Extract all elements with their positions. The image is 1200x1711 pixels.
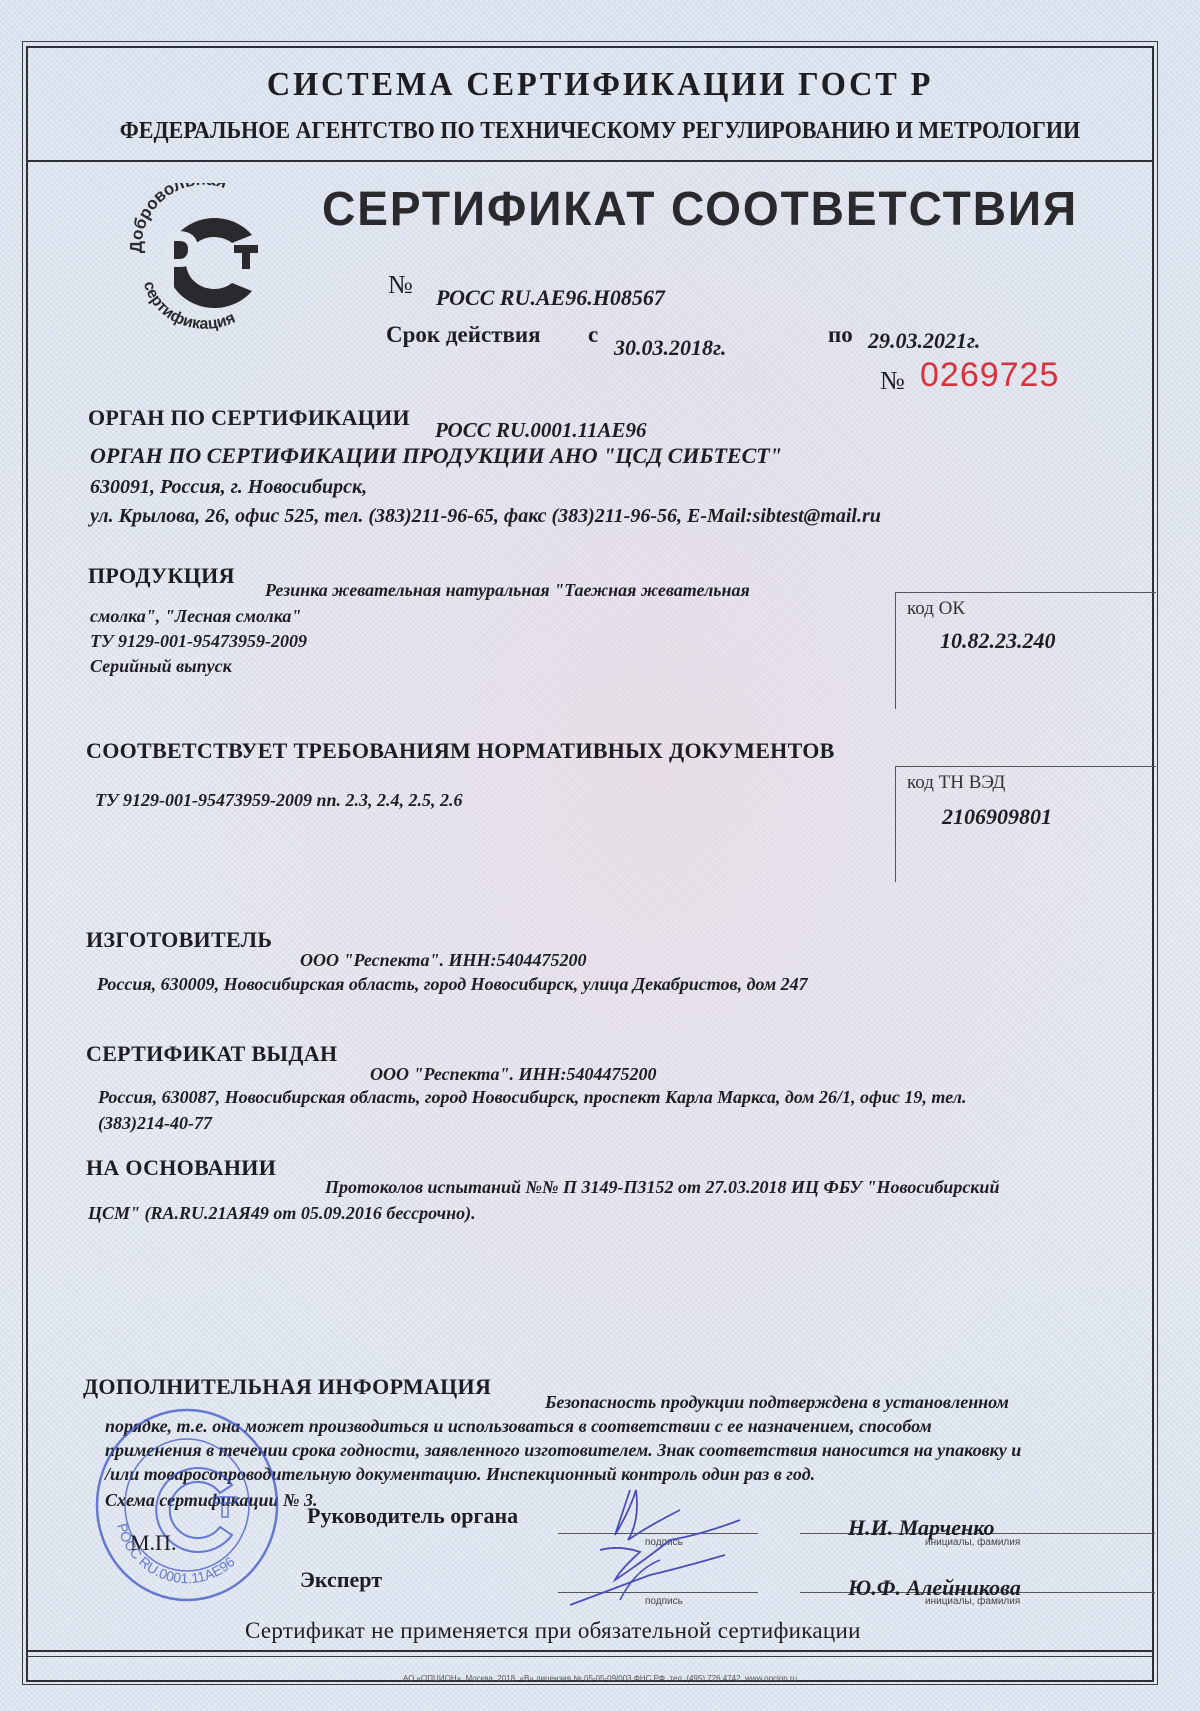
stamp-place-label: М.П. bbox=[130, 1530, 176, 1556]
issued-to-name: ООО "Респекта". ИНН:5404475200 bbox=[370, 1064, 656, 1085]
manufacturer-name: ООО "Респекта". ИНН:5404475200 bbox=[300, 950, 586, 971]
certification-body-name: ОРГАН ПО СЕРТИФИКАЦИИ ПРОДУКЦИИ АНО "ЦСД… bbox=[90, 443, 782, 469]
issued-to-address-2: (383)214-40-77 bbox=[98, 1113, 212, 1134]
certification-body-label: ОРГАН ПО СЕРТИФИКАЦИИ bbox=[88, 405, 410, 431]
manufacturer-label: ИЗГОТОВИТЕЛЬ bbox=[86, 927, 272, 953]
basis-label: НА ОСНОВАНИИ bbox=[86, 1155, 276, 1181]
manufacturer-address: Россия, 630009, Новосибирская область, г… bbox=[97, 974, 808, 995]
tnved-code-value: 2106909801 bbox=[942, 804, 1052, 830]
tnved-code-label: код ТН ВЭД bbox=[907, 772, 1005, 794]
product-line-1: Резинка жевательная натуральная "Таежная… bbox=[265, 580, 750, 601]
product-release-type: Серийный выпуск bbox=[90, 656, 232, 677]
header-divider bbox=[26, 160, 1152, 162]
certification-body-address-2: ул. Крылова, 26, офис 525, тел. (383)211… bbox=[90, 505, 881, 528]
handwritten-signature-icon bbox=[560, 1480, 760, 1610]
expert-label: Эксперт bbox=[300, 1567, 382, 1593]
additional-info-label: ДОПОЛНИТЕЛЬНАЯ ИНФОРМАЦИЯ bbox=[83, 1374, 491, 1400]
product-label: ПРОДУКЦИЯ bbox=[88, 563, 235, 589]
head-name-caption: инициалы, фамилия bbox=[925, 1537, 1020, 1548]
head-of-body-label: Руководитель органа bbox=[307, 1503, 518, 1529]
certification-body-registration: РОСС RU.0001.11АЕ96 bbox=[435, 418, 647, 443]
footer-divider-thin bbox=[26, 1656, 1152, 1657]
valid-to-label: по bbox=[828, 322, 853, 348]
validity-label: Срок действия bbox=[386, 322, 541, 348]
system-title: СИСТЕМА СЕРТИФИКАЦИИ ГОСТ Р bbox=[30, 66, 1170, 104]
basis-line-2: ЦСМ" (RA.RU.21АЯ49 от 05.09.2016 бессроч… bbox=[88, 1203, 476, 1224]
certificate-number: РОСС RU.AE96.H08567 bbox=[436, 285, 665, 311]
basis-line-1: Протоколов испытаний №№ П 3149-П3152 от … bbox=[325, 1177, 999, 1198]
issued-to-address-1: Россия, 630087, Новосибирская область, г… bbox=[98, 1087, 966, 1108]
footer-notice: Сертификат не применяется при обязательн… bbox=[245, 1618, 861, 1644]
footer-divider bbox=[26, 1650, 1152, 1652]
rst-logo-icon: Добровольная сертификация bbox=[124, 183, 284, 333]
blank-serial-number: 0269725 bbox=[920, 356, 1059, 395]
ok-code-value: 10.82.23.240 bbox=[940, 628, 1056, 654]
blank-number-symbol: № bbox=[880, 366, 905, 396]
additional-info-line-1: Безопасность продукции подтверждена в ус… bbox=[545, 1392, 1009, 1413]
product-spec: ТУ 9129-001-95473959-2009 bbox=[90, 631, 307, 652]
ok-code-label: код ОК bbox=[907, 598, 965, 620]
valid-to-date: 29.03.2021г. bbox=[868, 328, 980, 354]
product-line-2: смолка", "Лесная смолка" bbox=[90, 606, 301, 627]
issued-to-label: СЕРТИФИКАТ ВЫДАН bbox=[86, 1041, 337, 1067]
agency-title: ФЕДЕРАЛЬНОЕ АГЕНТСТВО ПО ТЕХНИЧЕСКОМУ РЕ… bbox=[48, 118, 1152, 145]
certificate-title: СЕРТИФИКАТ СООТВЕТСТВИЯ bbox=[322, 182, 1078, 237]
number-symbol: № bbox=[388, 270, 413, 300]
printer-imprint: АО «ОПЦИОН», Москва, 2018, «В» лицензия … bbox=[0, 1674, 1200, 1683]
valid-from-label: с bbox=[588, 322, 598, 348]
compliance-documents: ТУ 9129-001-95473959-2009 пп. 2.3, 2.4, … bbox=[95, 790, 463, 811]
certification-body-address-1: 630091, Россия, г. Новосибирск, bbox=[90, 476, 367, 499]
compliance-label: СООТВЕТСТВУЕТ ТРЕБОВАНИЯМ НОРМАТИВНЫХ ДО… bbox=[86, 738, 835, 764]
seal-stamp-icon: РОСС RU.0001.11АЕ96 bbox=[92, 1405, 282, 1605]
expert-name-caption: инициалы, фамилия bbox=[925, 1596, 1020, 1607]
valid-from-date: 30.03.2018г. bbox=[614, 335, 726, 361]
